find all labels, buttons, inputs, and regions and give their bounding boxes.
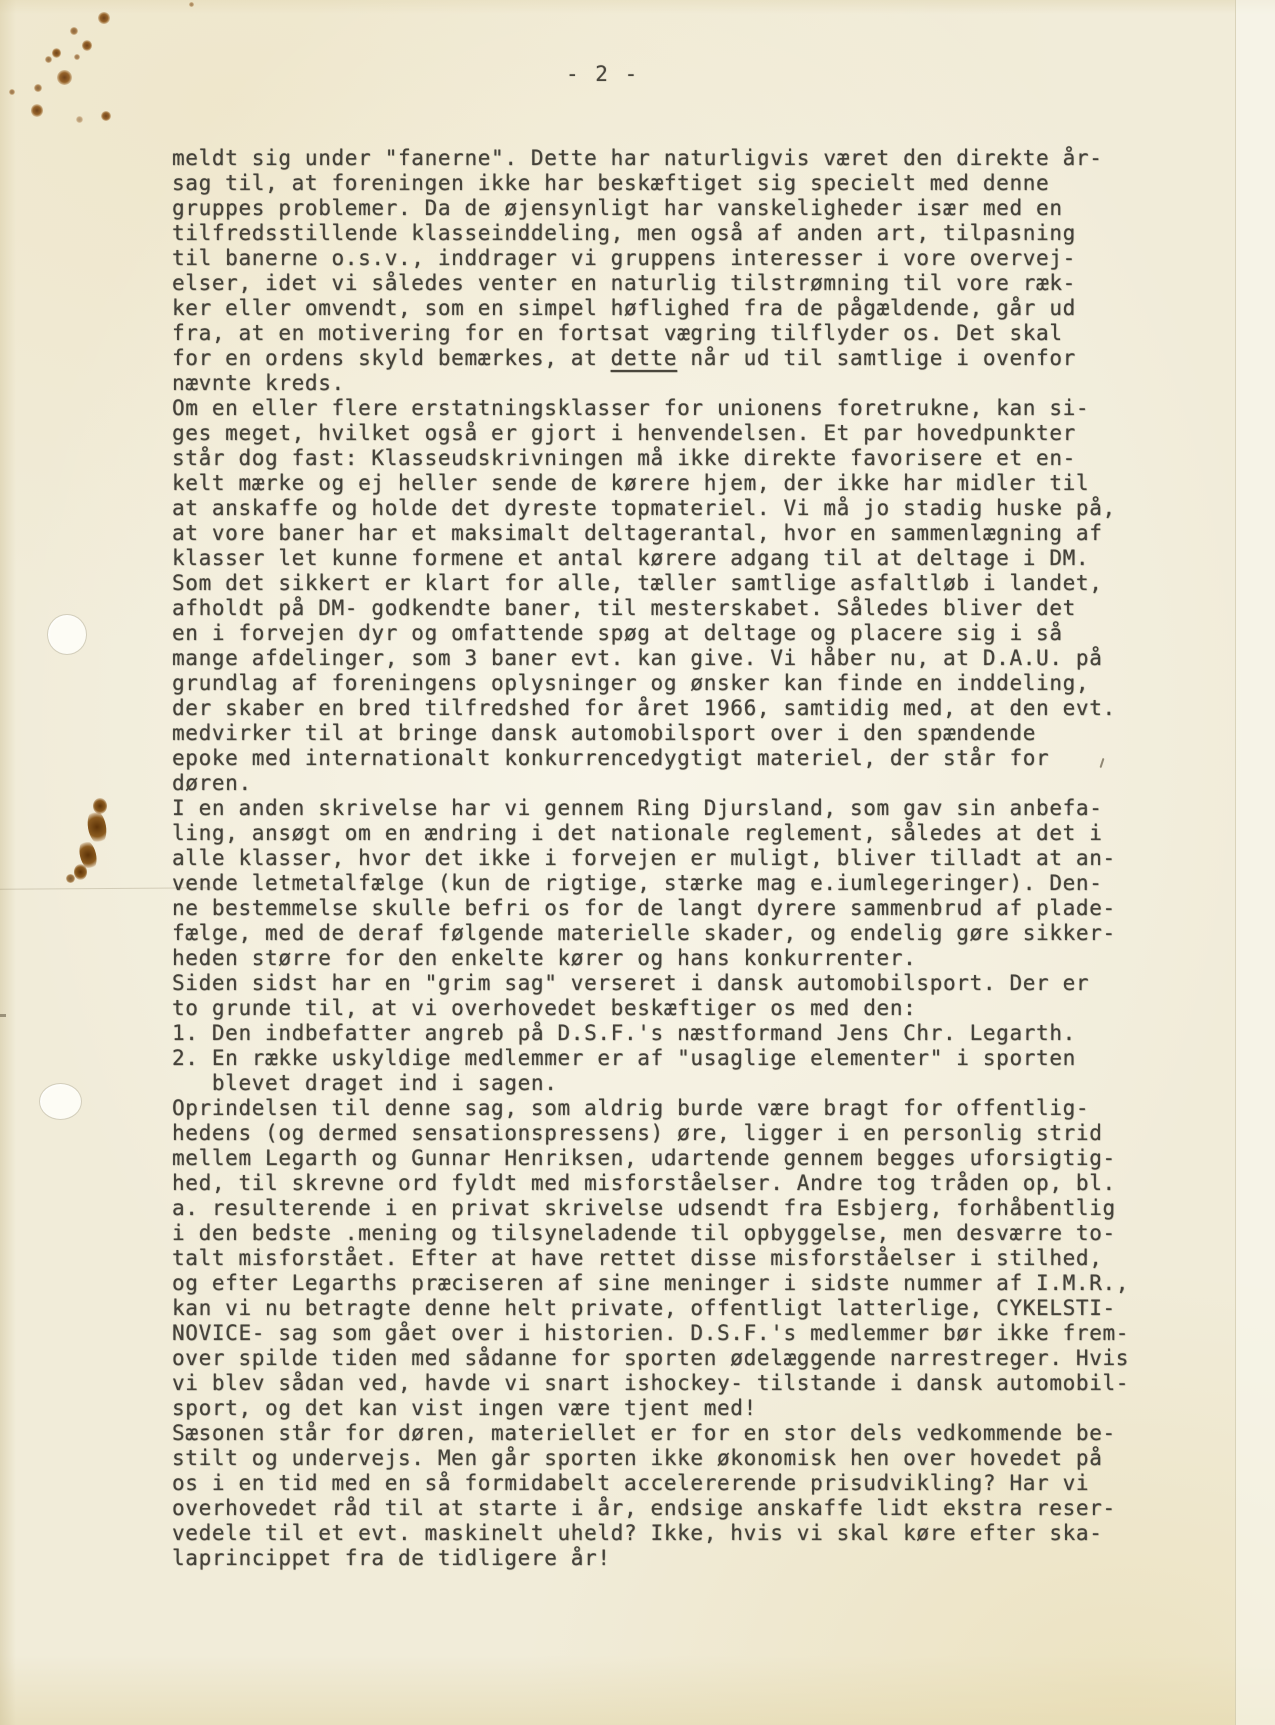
text-line: overhovedet råd til at starte i år, ends…	[172, 1496, 1129, 1521]
rust-spot	[9, 89, 15, 95]
text-line: heden større for den enkelte kører og ha…	[172, 946, 1129, 971]
text-line: sag til, at foreningen ikke har beskæfti…	[172, 171, 1129, 196]
text-line: kelt mærke og ej heller sende de kørere …	[172, 471, 1129, 496]
text-line: vi blev sådan ved, havde vi snart ishock…	[172, 1371, 1129, 1396]
text-line: vende letmetalfælge (kun de rigtige, stæ…	[172, 871, 1129, 896]
text-line: ges meget, hvilket også er gjort i henve…	[172, 421, 1129, 446]
text-line: fra, at en motivering for en fortsat væg…	[172, 321, 1129, 346]
rust-spot	[52, 48, 61, 58]
edge-mark	[0, 1014, 6, 1017]
rust-spot	[76, 116, 83, 123]
text-line: mellem Legarth og Gunnar Henriksen, udar…	[172, 1146, 1129, 1171]
text-line: kan vi nu betragte denne helt private, o…	[172, 1296, 1129, 1321]
text-line: alle klasser, hvor det ikke i forvejen e…	[172, 846, 1129, 871]
text-line: meldt sig under "fanerne". Dette har nat…	[172, 146, 1129, 171]
text-line: nævnte kreds.	[172, 371, 1129, 396]
text-line: os i en tid med en så formidabelt accele…	[172, 1471, 1129, 1496]
text-line: Om en eller flere erstatningsklasser for…	[172, 396, 1129, 421]
text-line: til banerne o.s.v., inddrager vi gruppen…	[172, 246, 1129, 271]
text-line: medvirker til at bringe dansk automobils…	[172, 721, 1129, 746]
text-line: klasser let kunne formene et antal kører…	[172, 546, 1129, 571]
text-line: 1. Den indbefatter angreb på D.S.F.'s næ…	[172, 1021, 1129, 1046]
text-line: gruppes problemer. Da de øjensynligt har…	[172, 196, 1129, 221]
text-line: Oprindelsen til denne sag, som aldrig bu…	[172, 1096, 1129, 1121]
text-line: epoke med internationalt konkurrencedygt…	[172, 746, 1129, 771]
text-line: laprincippet fra de tidligere år!	[172, 1546, 1129, 1571]
rust-spot	[74, 54, 80, 60]
text-line: i den bedste .mening og tilsyneladende t…	[172, 1221, 1129, 1246]
text-line: afholdt på DM- godkendte baner, til mest…	[172, 596, 1129, 621]
text-line: der skaber en bred tilfredshed for året …	[172, 696, 1129, 721]
text-line: tilfredsstillende klasseinddeling, men o…	[172, 221, 1129, 246]
text-line: to grunde til, at vi overhovedet beskæft…	[172, 996, 1129, 1021]
rust-spot	[82, 40, 92, 51]
rust-spot	[45, 56, 52, 63]
ink-stain-blob	[66, 874, 75, 883]
punch-hole-top	[47, 614, 87, 655]
text-line: ne bestemmelse skulle befri os for de la…	[172, 896, 1129, 921]
rust-spot	[57, 70, 72, 85]
line-segment: når ud til samtlige i ovenfor	[677, 346, 1076, 370]
rust-spot	[70, 27, 78, 35]
text-line: sport, og det kan vist ingen være tjent …	[172, 1396, 1129, 1421]
text-line: Siden sidst har en "grim sag" verseret i…	[172, 971, 1129, 996]
text-line: elser, idet vi således venter en naturli…	[172, 271, 1129, 296]
text-line: grundlag af foreningens oplysninger og ø…	[172, 671, 1129, 696]
ink-stain-blob	[85, 809, 109, 846]
text-line: ker eller omvendt, som en simpel høfligh…	[172, 296, 1129, 321]
text-line: blevet draget ind i sagen.	[172, 1071, 1129, 1096]
paper-edge	[1235, 0, 1275, 1725]
text-line: en i forvejen dyr og omfattende spøg at …	[172, 621, 1129, 646]
text-line: a. resulterende i en privat skrivelse ud…	[172, 1196, 1129, 1221]
text-line: ling, ansøgt om en ændring i det nationa…	[172, 821, 1129, 846]
text-line: vedele til et evt. maskinelt uheld? Ikke…	[172, 1521, 1129, 1546]
rust-spot	[31, 104, 43, 117]
text-line: talt misforstået. Efter at have rettet d…	[172, 1246, 1129, 1271]
text-line: hedens (og dermed sensationspressens) ør…	[172, 1121, 1129, 1146]
text-line: at vore baner har et maksimalt deltagera…	[172, 521, 1129, 546]
text-line: og efter Legarths præciseren af sine men…	[172, 1271, 1129, 1296]
underlined-word: dette	[611, 346, 677, 370]
text-line: mange afdelinger, som 3 baner evt. kan g…	[172, 646, 1129, 671]
text-line: 2. En række uskyldige medlemmer er af "u…	[172, 1046, 1129, 1071]
text-line: står dog fast: Klasseudskrivningen må ik…	[172, 446, 1129, 471]
text-line: stilt og undervejs. Men går sporten ikke…	[172, 1446, 1129, 1471]
text-line: for en ordens skyld bemærkes, at dette n…	[172, 346, 1129, 371]
ink-stain-blob	[74, 864, 87, 880]
text-line: at anskaffe og holde det dyreste topmate…	[172, 496, 1129, 521]
text-line: hed, til skrevne ord fyldt med misforstå…	[172, 1171, 1129, 1196]
rust-spot	[34, 84, 42, 92]
text-line: over spilde tiden med sådanne for sporte…	[172, 1346, 1129, 1371]
document-text: meldt sig under "fanerne". Dette har nat…	[172, 146, 1129, 1571]
line-segment: for en ordens skyld bemærkes, at	[172, 346, 611, 370]
text-line: Sæsonen står for døren, materiellet er f…	[172, 1421, 1129, 1446]
text-line: fælge, med de deraf følgende materielle …	[172, 921, 1129, 946]
rust-spot	[101, 111, 111, 121]
punch-hole-bottom	[39, 1083, 82, 1120]
text-line: NOVICE- sag som gået over i historien. D…	[172, 1321, 1129, 1346]
text-line: døren.	[172, 771, 1129, 796]
rust-spot	[98, 12, 110, 24]
text-line: Som det sikkert er klart for alle, tælle…	[172, 571, 1129, 596]
rust-spot	[189, 2, 194, 7]
page-number: - 2 -	[566, 62, 639, 87]
text-line: I en anden skrivelse har vi gennem Ring …	[172, 796, 1129, 821]
scanned-document-page: - 2 - meldt sig under "fanerne". Dette h…	[0, 0, 1275, 1725]
